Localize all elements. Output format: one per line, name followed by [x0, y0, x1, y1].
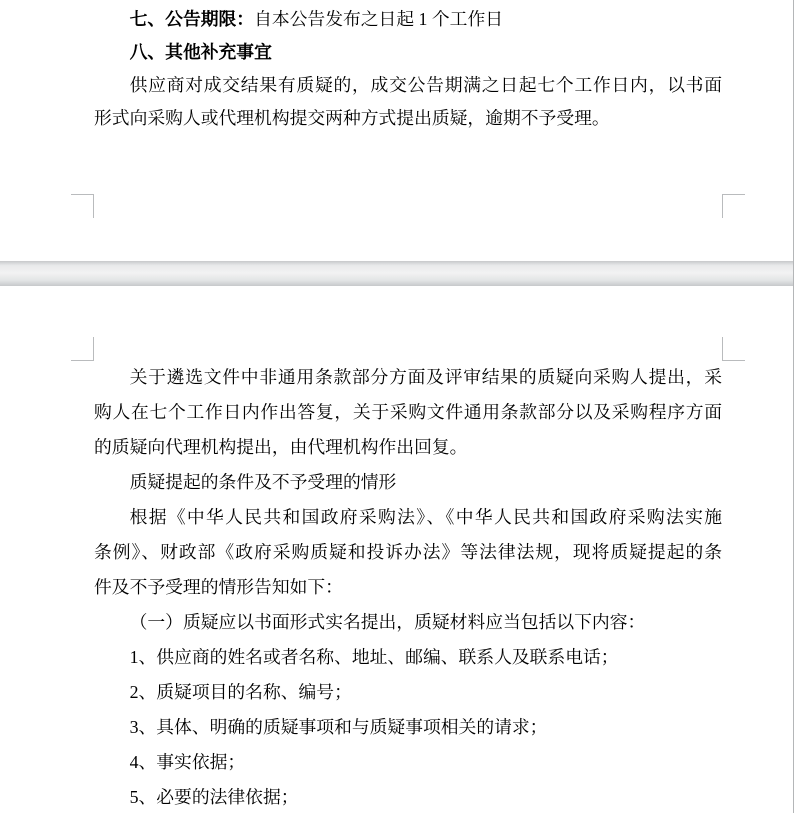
page-2-text: 关于遴选文件中非通用条款部分方面及评审结果的质疑向采购人提出，采 购人在七个工作… [94, 360, 722, 813]
text-boundary-mark-bottom-right [722, 194, 745, 218]
page-1[interactable]: 七、公告期限：自本公告发布之日起 1 个工作日 八、其他补充事宜 供应商对成交结… [0, 0, 793, 261]
text-boundary-mark-top-right [722, 337, 745, 361]
paragraph-line: 形式向采购人或代理机构提交两种方式提出质疑，逾期不予受理。 [94, 102, 722, 135]
list-item-1: 1、供应商的姓名或者名称、地址、邮编、联系人及联系电话； [94, 640, 722, 675]
page-separator [0, 261, 793, 286]
list-item-5: 5、必要的法律依据； [94, 780, 722, 813]
announcement-period-heading: 七、公告期限： [130, 9, 254, 29]
paragraph-line: 供应商对成交结果有质疑的，成交公告期满之日起七个工作日内，以书面 [94, 69, 722, 102]
document-canvas: 七、公告期限：自本公告发布之日起 1 个工作日 八、其他补充事宜 供应商对成交结… [0, 0, 794, 813]
page-1-text: 七、公告期限：自本公告发布之日起 1 个工作日 八、其他补充事宜 供应商对成交结… [94, 3, 722, 135]
paragraph-line: 根据《中华人民共和国政府采购法》、《中华人民共和国政府采购法实施 [94, 500, 722, 535]
paragraph-line: 购人在七个工作日内作出答复，关于采购文件通用条款部分以及采购程序方面 [94, 395, 722, 430]
text-boundary-mark-bottom-left [71, 194, 94, 218]
query-conditions-subheading: 质疑提起的条件及不予受理的情形 [94, 465, 722, 500]
paragraph-line: 关于遴选文件中非通用条款部分方面及评审结果的质疑向采购人提出，采 [94, 360, 722, 395]
list-item-3: 3、具体、明确的质疑事项和与质疑事项相关的请求； [94, 710, 722, 745]
page-2[interactable]: 关于遴选文件中非通用条款部分方面及评审结果的质疑向采购人提出，采 购人在七个工作… [0, 286, 793, 813]
item-intro-line: （一）质疑应以书面形式实名提出，质疑材料应当包括以下内容： [94, 605, 722, 640]
text-boundary-mark-top-left [71, 337, 94, 361]
list-item-4: 4、事实依据； [94, 745, 722, 780]
paragraph-line: 条例》、财政部《政府采购质疑和投诉办法》等法律法规，现将质疑提起的条 [94, 535, 722, 570]
announcement-period-value: 自本公告发布之日起 1 个工作日 [254, 9, 503, 29]
announcement-period-line: 七、公告期限：自本公告发布之日起 1 个工作日 [94, 3, 722, 36]
paragraph-line: 件及不予受理的情形告知如下： [94, 570, 722, 605]
paragraph-line: 的质疑向代理机构提出，由代理机构作出回复。 [94, 430, 722, 465]
list-item-2: 2、质疑项目的名称、编号； [94, 675, 722, 710]
supplementary-matters-heading: 八、其他补充事宜 [94, 36, 722, 69]
